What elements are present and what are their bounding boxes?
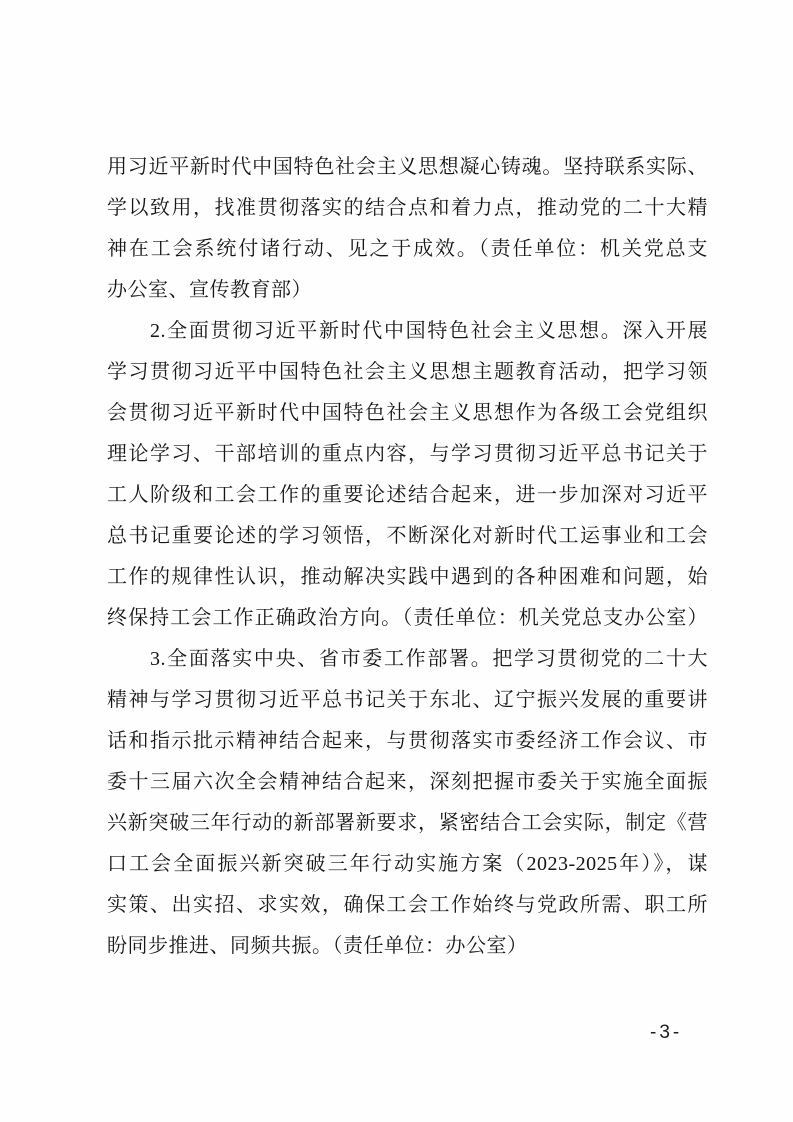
text-line: 口工会全面振兴新突破三年行动实施方案（2023-2025年）》，谋 — [107, 844, 708, 885]
text-line: 3.全面落实中央、省市委工作部署。把学习贯彻党的二十大 — [107, 639, 708, 680]
text-line: 委十三届六次全会精神结合起来，深刻把握市委关于实施全面振 — [107, 762, 708, 803]
text-line: 用习近平新时代中国特色社会主义思想凝心铸魂。坚持联系实际、 — [107, 147, 708, 188]
text-line: 理论学习、干部培训的重点内容，与学习贯彻习近平总书记关于 — [107, 434, 708, 475]
text-line: 工作的规律性认识，推动解决实践中遇到的各种困难和问题，始 — [107, 557, 708, 598]
text-line: 终保持工会工作正确政治方向。（责任单位：机关党总支办公室） — [107, 598, 708, 639]
text-line: 工人阶级和工会工作的重要论述结合起来，进一步加深对习近平 — [107, 475, 708, 516]
text-line: 学以致用，找准贯彻落实的结合点和着力点，推动党的二十大精 — [107, 188, 708, 229]
text-line: 神在工会系统付诸行动、见之于成效。（责任单位：机关党总支 — [107, 229, 708, 270]
text-line: 盼同步推进、同频共振。（责任单位：办公室） — [107, 926, 708, 967]
text-line: 总书记重要论述的学习领悟，不断深化对新时代工运事业和工会 — [107, 516, 708, 557]
body-text: 用习近平新时代中国特色社会主义思想凝心铸魂。坚持联系实际、 学以致用，找准贯彻落… — [107, 147, 708, 967]
page-number: -3- — [650, 1022, 682, 1044]
text-line: 兴新突破三年行动的新部署新要求，紧密结合工会实际，制定《营 — [107, 803, 708, 844]
text-line: 精神与学习贯彻习近平总书记关于东北、辽宁振兴发展的重要讲 — [107, 680, 708, 721]
text-line: 会贯彻习近平新时代中国特色社会主义思想作为各级工会党组织 — [107, 393, 708, 434]
text-line: 实策、出实招、求实效，确保工会工作始终与党政所需、职工所 — [107, 885, 708, 926]
text-line: 学习贯彻习近平中国特色社会主义思想主题教育活动，把学习领 — [107, 352, 708, 393]
text-line: 办公室、宣传教育部） — [107, 270, 708, 311]
text-line: 2.全面贯彻习近平新时代中国特色社会主义思想。深入开展 — [107, 311, 708, 352]
text-line: 话和指示批示精神结合起来，与贯彻落实市委经济工作会议、市 — [107, 721, 708, 762]
document-page: 用习近平新时代中国特色社会主义思想凝心铸魂。坚持联系实际、 学以致用，找准贯彻落… — [0, 0, 793, 1122]
